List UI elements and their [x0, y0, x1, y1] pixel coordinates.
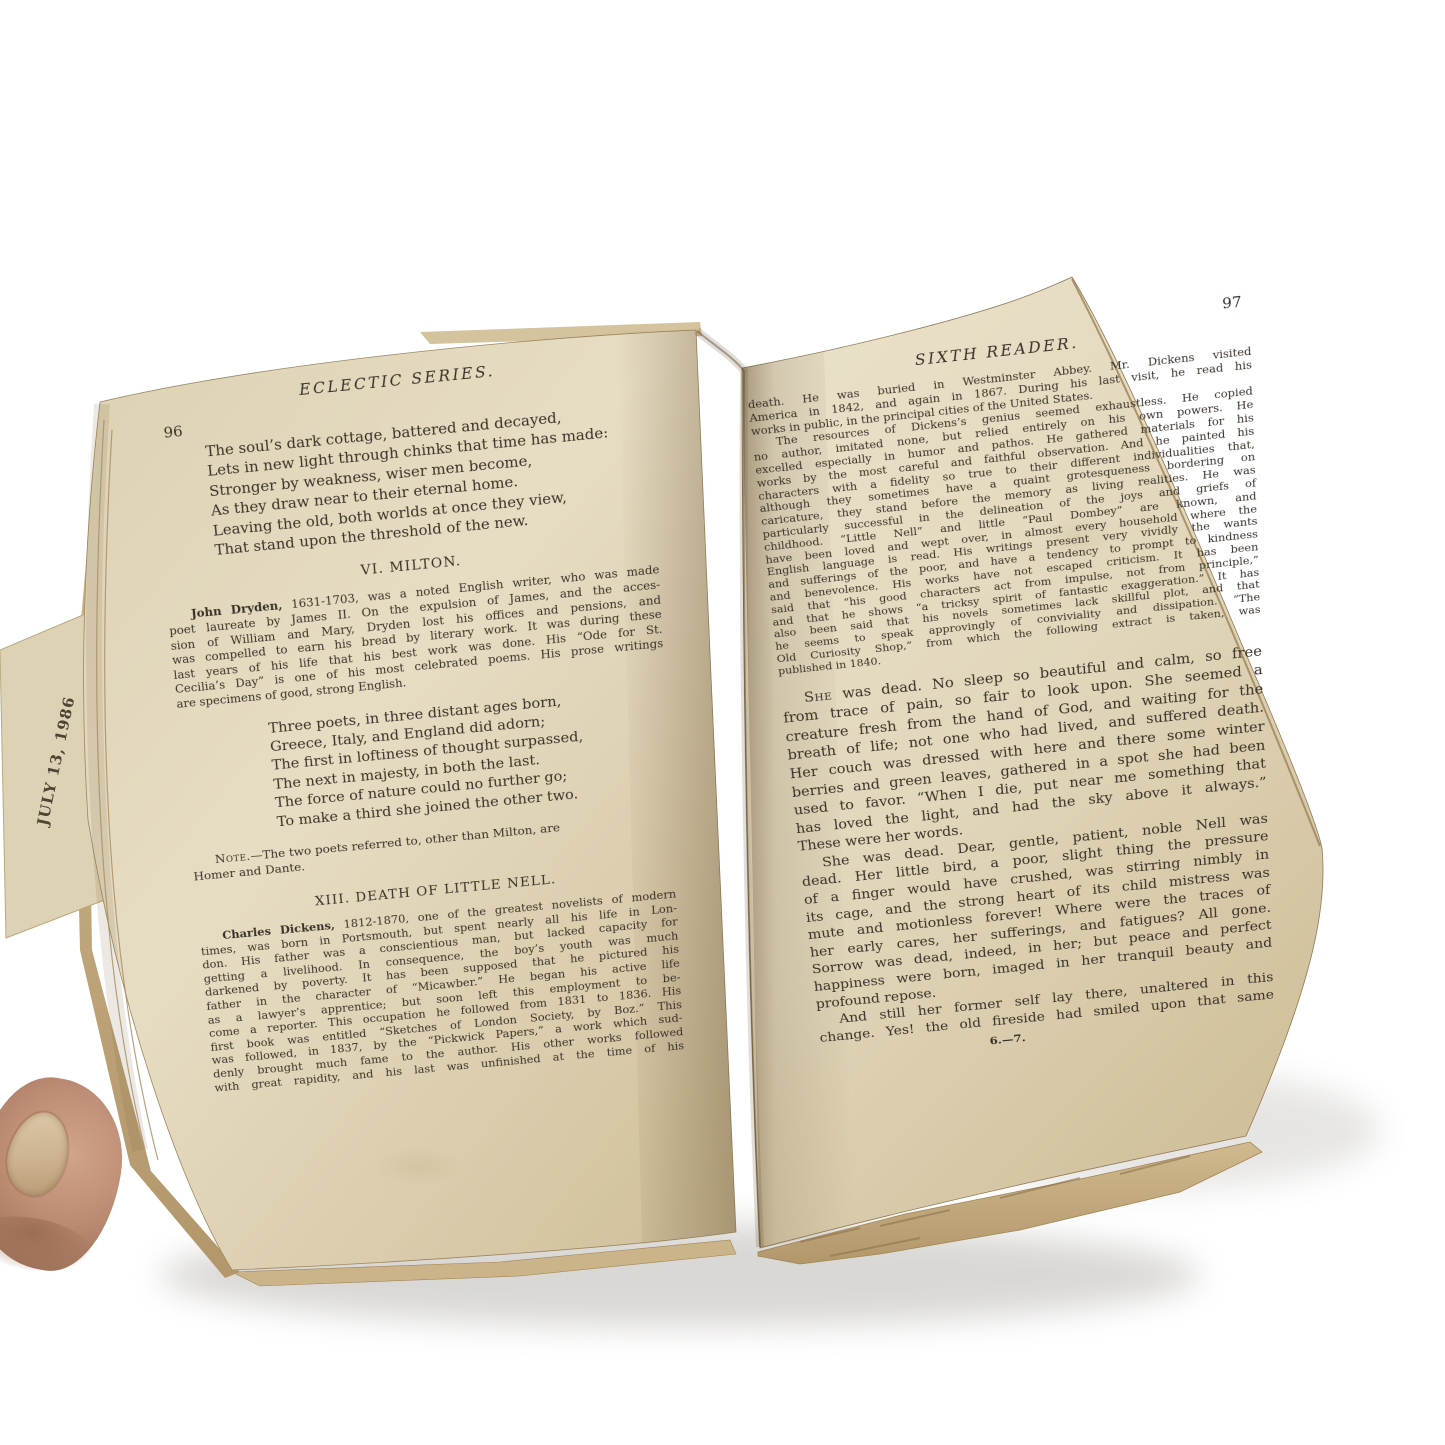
milton-poem: Three poets, in three distant ages born,… — [268, 681, 671, 831]
book-photo-stage: JULY 13, 1986 ECLECTIC SERIES. 96 The so… — [0, 0, 1445, 1445]
right-page: SIXTH READER. 97 death. He was buried in… — [744, 316, 1275, 1067]
page-number-97: 97 — [1222, 293, 1242, 313]
little-nell-extract: She was dead. No sleep so beautiful and … — [780, 642, 1275, 1067]
left-page: ECLECTIC SERIES. 96 The soul’s dark cott… — [146, 347, 684, 1095]
dickens-bio-continued: death. He was buried in Westminster Abbe… — [747, 345, 1261, 678]
extract-lead: She — [803, 687, 833, 706]
opening-poem: The soul’s dark cottage, battered and de… — [205, 399, 657, 560]
page-number-96: 96 — [163, 422, 184, 441]
